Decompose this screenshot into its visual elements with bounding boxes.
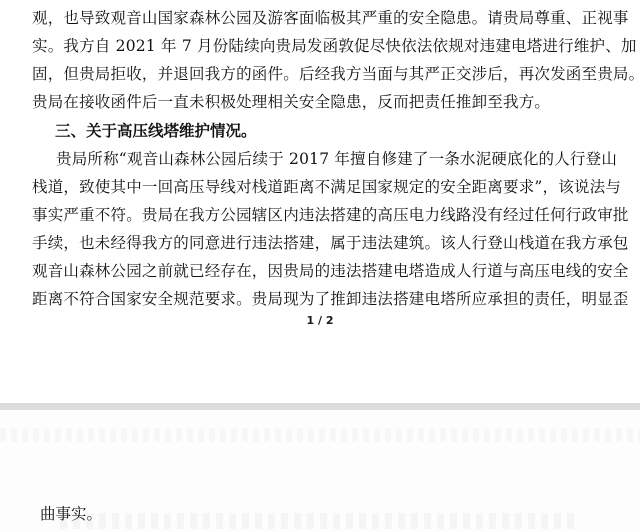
document-page-1: 观，也导致观音山国家森林公园及游客面临极其严重的安全隐患。请贵局尊重、正视事 实… — [0, 0, 640, 403]
paragraph-line: 事实严重不符。贵局在我方公园辖区内违法搭建的高压电力线路没有经过任何行政审批 — [32, 205, 572, 225]
paragraph-line: 贵局在接收函件后一直未积极处理相关安全隐患，反而把责任推卸至我方。 — [32, 92, 550, 112]
paragraph-line: 观，也导致观音山国家森林公园及游客面临极其严重的安全隐患。请贵局尊重、正视事 — [32, 8, 572, 28]
paragraph-line: 观音山森林公园之前就已经存在，因贵局的违法搭建电塔造成人行道与高压电线的安全 — [32, 261, 572, 281]
paragraph-line: 实。我方自 2021 年 7 月份陆续向贵局发函敦促尽快依法依规对违建电塔进行维… — [32, 36, 572, 56]
page-separator — [0, 403, 640, 410]
document-page-2: 曲事实。 — [0, 410, 640, 532]
scan-bleed-through — [0, 428, 640, 442]
scan-bleed-through — [60, 513, 580, 529]
section-heading: 三、关于高压线塔维护情况。 — [55, 121, 257, 141]
page-number: 1 / 2 — [0, 314, 640, 327]
paragraph-line: 固，但贵局拒收，并退回我方的函件。后经我方当面与其严正交涉后，再次发函至贵局。 — [32, 64, 572, 84]
paragraph-line: 曲事实。 — [40, 504, 102, 524]
paragraph-line: 栈道，致使其中一回高压导线对栈道距离不满足国家规定的安全距离要求”，该说法与 — [32, 177, 572, 197]
paragraph-line: 距离不符合国家安全规范要求。贵局现为了推卸违法搭建电塔所应承担的责任，明显歪 — [32, 289, 572, 309]
paragraph-line: 贵局所称“观音山森林公园后续于 2017 年擅自修建了一条水泥硬底化的人行登山 — [56, 149, 572, 169]
paragraph-line: 手续，也未经得我方的同意进行违法搭建，属于违法建筑。该人行登山栈道在我方承包 — [32, 233, 572, 253]
